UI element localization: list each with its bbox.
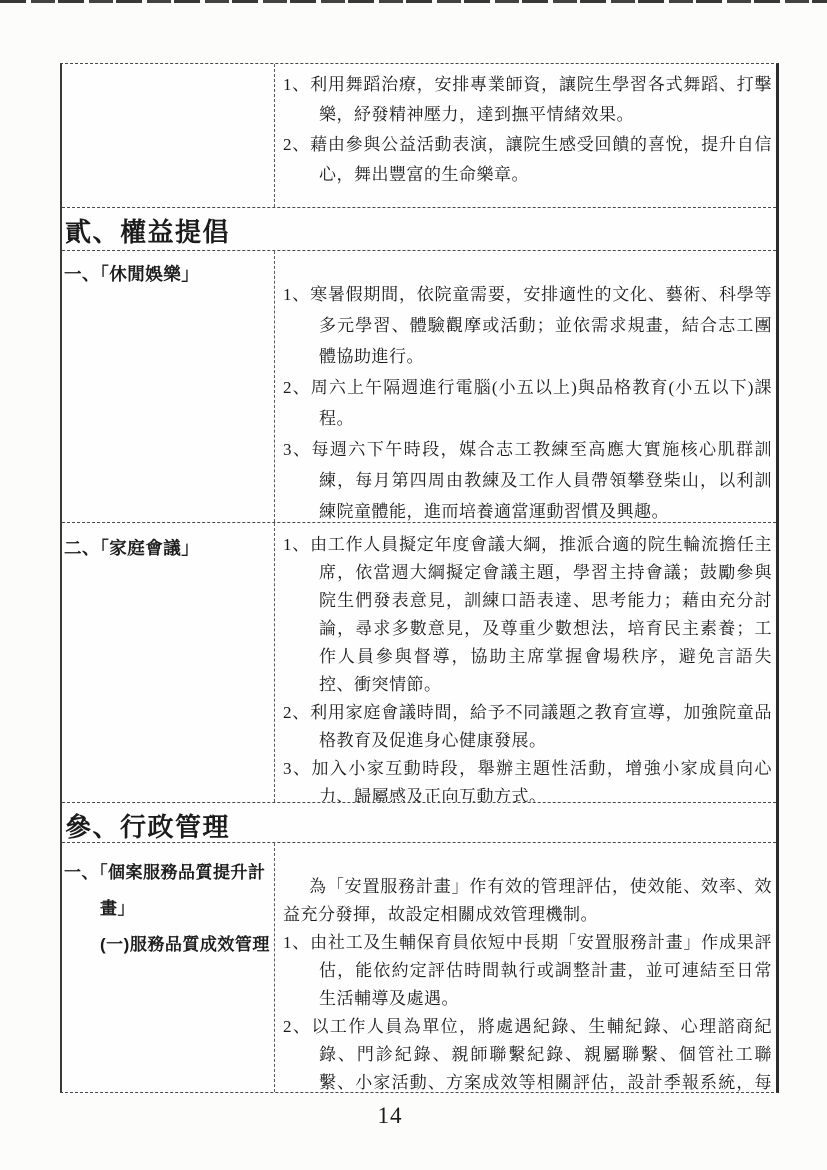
item-text: 周六上午隔週進行電腦(小五以上)與品格教育(小五以下)課程。 xyxy=(311,378,772,428)
table-row-leisure: 一、「休閒娛樂」 1、寒暑假期間，依院童需要，安排適性的文化、藝術、科學等多元學… xyxy=(62,251,776,523)
item-text: 由工作人員擬定年度會議大綱，推派合適的院生輪流擔任主席，依當週大綱擬定會議主題，… xyxy=(310,535,772,694)
item-number: 3、 xyxy=(283,440,311,459)
item-number: 1、 xyxy=(283,75,310,94)
list-item: 3、加入小家互動時段，舉辦主題性活動，增強小家成員向心力、歸屬感及正向互動方式。 xyxy=(283,755,772,802)
row-content-cell: 1、寒暑假期間，依院童需要，安排適性的文化、藝術、科學等多元學習、體驗觀摩或活動… xyxy=(275,251,776,522)
item-number: 2、 xyxy=(283,1017,311,1036)
row-label-sub: (一)服務品質成效管理 xyxy=(64,927,270,963)
row-content-cell: 1、由工作人員擬定年度會議大綱，推派合適的院生輪流擔任主席，依當週大綱擬定會議主… xyxy=(275,523,776,802)
item-number: 1、 xyxy=(283,285,310,304)
item-text: 寒暑假期間，依院童需要，安排適性的文化、藝術、科學等多元學習、體驗觀摩或活動；並… xyxy=(310,285,772,366)
row-label-cell-empty xyxy=(62,64,275,207)
table-row-family-meeting: 二、「家庭會議」 1、由工作人員擬定年度會議大綱，推派合適的院生輪流擔任主席，依… xyxy=(62,523,776,803)
row-label-leisure: 一、「休閒娛樂」 xyxy=(62,251,275,522)
row-label-main: 一、「個案服務品質提升計畫」 xyxy=(64,855,270,927)
list-item: 2、藉由參與公益活動表演，讓院生感受回饋的喜悅，提升自信心，舞出豐富的生命樂章。 xyxy=(283,130,772,190)
list-item: 1、寒暑假期間，依院童需要，安排適性的文化、藝術、科學等多元學習、體驗觀摩或活動… xyxy=(283,279,772,372)
list-item: 1、利用舞蹈治療，安排專業師資，讓院生學習各式舞蹈、打擊樂，紓發精神壓力，達到撫… xyxy=(283,70,772,130)
item-number: 2、 xyxy=(283,703,310,722)
table-row-dance-therapy: 1、利用舞蹈治療，安排專業師資，讓院生學習各式舞蹈、打擊樂，紓發精神壓力，達到撫… xyxy=(62,64,776,208)
item-number: 3、 xyxy=(283,759,311,778)
row-label-family-meeting: 二、「家庭會議」 xyxy=(62,523,275,802)
item-text: 利用舞蹈治療，安排專業師資，讓院生學習各式舞蹈、打擊樂，紓發精神壓力，達到撫平情… xyxy=(310,75,772,124)
list-item: 1、由工作人員擬定年度會議大綱，推派合適的院生輪流擔任主席，依當週大綱擬定會議主… xyxy=(283,531,772,699)
item-text: 由社工及生輔保育員依短中長期「安置服務計畫」作成果評估，能依約定評估時間執行或調… xyxy=(310,933,772,1008)
row-content-cell: 為「安置服務計畫」作有效的管理評估，使效能、效率、效益充分發揮，故設定相關成效管… xyxy=(275,843,776,1092)
page-number: 14 xyxy=(0,1103,780,1129)
item-text: 藉由參與公益活動表演，讓院生感受回饋的喜悅，提升自信心，舞出豐富的生命樂章。 xyxy=(310,135,772,184)
list-item: 3、每週六下午時段，媒合志工教練至高應大實施核心肌群訓練，每月第四周由教練及工作… xyxy=(283,434,772,522)
table-row-case-service-quality: 一、「個案服務品質提升計畫」 (一)服務品質成效管理 為「安置服務計畫」作有效的… xyxy=(62,843,776,1092)
scan-artifact-line xyxy=(0,0,827,3)
row-label-case-service-quality: 一、「個案服務品質提升計畫」 (一)服務品質成效管理 xyxy=(62,843,275,1092)
item-number: 1、 xyxy=(283,535,310,554)
list-item: 2、利用家庭會議時間，給予不同議題之教育宣導，加強院童品格教育及促進身心健康發展… xyxy=(283,699,772,755)
list-item: 1、由社工及生輔保育員依短中長期「安置服務計畫」作成果評估，能依約定評估時間執行… xyxy=(283,929,772,1013)
item-text: 每週六下午時段，媒合志工教練至高應大實施核心肌群訓練，每月第四周由教練及工作人員… xyxy=(311,440,772,521)
list-item: 2、周六上午隔週進行電腦(小五以上)與品格教育(小五以下)課程。 xyxy=(283,372,772,434)
list-item: 2、以工作人員為單位，將處遇紀錄、生輔紀錄、心理諮商紀錄、門診紀錄、親師聯繫紀錄… xyxy=(283,1013,772,1092)
item-text: 以工作人員為單位，將處遇紀錄、生輔紀錄、心理諮商紀錄、門診紀錄、親師聯繫紀錄、親… xyxy=(311,1017,772,1092)
item-number: 1、 xyxy=(283,933,310,952)
item-number: 2、 xyxy=(283,135,310,154)
service-plan-table: 1、利用舞蹈治療，安排專業師資，讓院生學習各式舞蹈、打擊樂，紓發精神壓力，達到撫… xyxy=(60,63,779,1093)
item-text: 加入小家互動時段，舉辦主題性活動，增強小家成員向心力、歸屬感及正向互動方式。 xyxy=(311,759,772,802)
intro-paragraph: 為「安置服務計畫」作有效的管理評估，使效能、效率、效益充分發揮，故設定相關成效管… xyxy=(283,873,772,929)
row-content-cell: 1、利用舞蹈治療，安排專業師資，讓院生學習各式舞蹈、打擊樂，紓發精神壓力，達到撫… xyxy=(275,64,776,207)
item-number: 2、 xyxy=(283,378,311,397)
section-header-administration: 參、行政管理 xyxy=(62,803,776,843)
item-text: 利用家庭會議時間，給予不同議題之教育宣導，加強院童品格教育及促進身心健康發展。 xyxy=(310,703,772,750)
section-header-rights-advocacy: 貳、權益提倡 xyxy=(62,208,776,251)
